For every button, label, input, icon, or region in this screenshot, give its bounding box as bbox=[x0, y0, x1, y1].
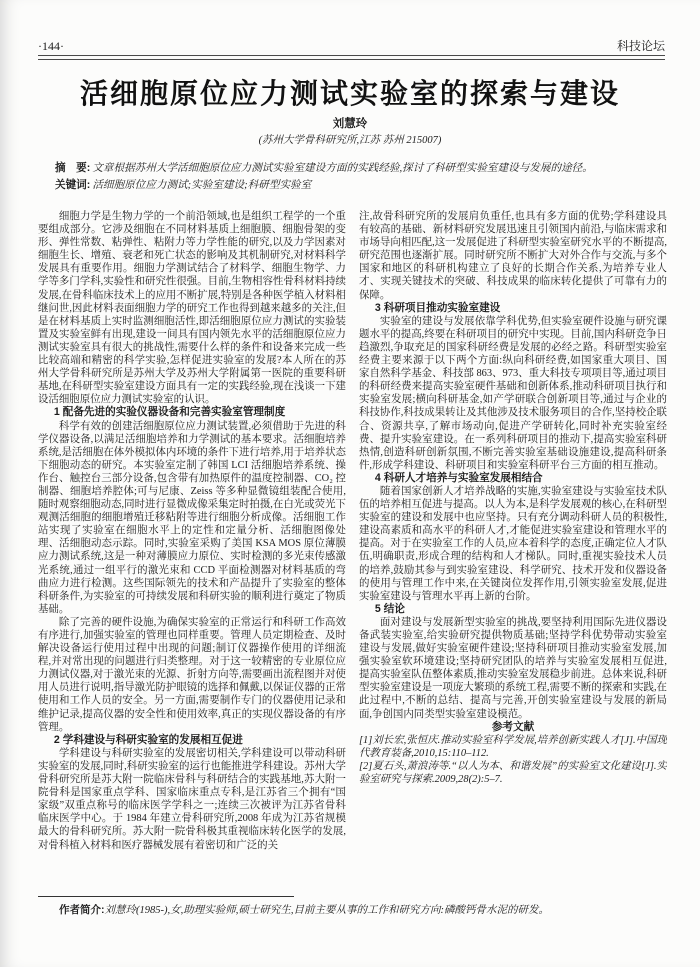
paragraph: 细胞力学是生物力学的一个前沿领域,也是组织工程学的一个重要组成部分。它涉及细胞在… bbox=[38, 210, 346, 406]
abstract-label: 摘 要: bbox=[55, 162, 90, 174]
keywords-label: 关键词: bbox=[55, 179, 90, 191]
reference-item: [2]夏石头,萧浪涛等.“以人为本、和谐发展”的实验室文化建设[J].实验室研究… bbox=[359, 760, 667, 786]
article-title: 活细胞原位应力测试实验室的探索与建设 bbox=[0, 72, 700, 112]
keywords-line: 关键词:活细胞原位应力测试;实验室建设;科研型实验室 bbox=[55, 177, 662, 194]
body-left-column: 细胞力学是生物力学的一个前沿领域,也是组织工程学的一个重要组成部分。它涉及细胞在… bbox=[38, 210, 346, 904]
footnote-rule bbox=[38, 896, 294, 897]
journal-page: ·144· 科技论坛 活细胞原位应力测试实验室的探索与建设 刘慧玲 (苏州大学骨… bbox=[0, 0, 700, 967]
author-bio-label: 作者简介: bbox=[59, 904, 105, 916]
paragraph: 科学有效的创建活细胞原位应力测试装置,必须借助于先进的科学仪器设备,以满足活细胞… bbox=[38, 420, 346, 616]
author-affiliation: (苏州大学骨科研究所,江苏 苏州 215007) bbox=[0, 132, 700, 147]
abstract-text: 文章根据苏州大学活细胞原位应力测试实验室建设方面的实践经验,探讨了科研型实验室建… bbox=[92, 163, 593, 174]
header-rule bbox=[38, 55, 665, 60]
author-bio: 作者简介:刘慧玲(1985-),女,助理实验师,硕士研究生,目前主要从事的工作和… bbox=[38, 903, 665, 918]
article-body: 细胞力学是生物力学的一个前沿领域,也是组织工程学的一个重要组成部分。它涉及细胞在… bbox=[38, 210, 667, 904]
section-label: 科技论坛 bbox=[617, 37, 665, 54]
paragraph: 学科建设与科研实验室的发展密切相关,学科建设可以带动科研实验室的发展,同时,科研… bbox=[38, 747, 346, 852]
body-right-column: 注,故骨科研究所的发展肩负重任,也具有多方面的优势;学科建设具有较高的基础、新材… bbox=[359, 210, 667, 904]
page-number: ·144· bbox=[38, 39, 64, 54]
article-meta: 摘 要:文章根据苏州大学活细胞原位应力测试实验室建设方面的实践经验,探讨了科研型… bbox=[55, 160, 662, 194]
references-heading: 参考文献 bbox=[359, 721, 667, 734]
paragraph: 面对建设与发展新型实验室的挑战,要坚持利用国际先进仪器设备武装实验室,给实验研究… bbox=[359, 616, 667, 721]
section-heading: 3 科研项目推动实验室建设 bbox=[359, 302, 667, 315]
abstract-line: 摘 要:文章根据苏州大学活细胞原位应力测试实验室建设方面的实践经验,探讨了科研型… bbox=[55, 160, 662, 177]
page-header: ·144· 科技论坛 bbox=[38, 37, 665, 54]
section-heading: 2 学科建设与科研实验室的发展相互促进 bbox=[38, 734, 346, 747]
paragraph: 随着国家创新人才培养战略的实施,实验室建设与实验室技术队伍的培养相互促进与提高。… bbox=[359, 485, 667, 603]
paragraph: 实验室的建设与发展依靠学科优势,但实验室硬件设施与研究课题水平的提高,终要在科研… bbox=[359, 315, 667, 472]
section-heading: 4 科研人才培养与实验室发展相结合 bbox=[359, 472, 667, 485]
reference-item: [1]刘长宏,张恒庆.推动实验室科学发展,培养创新实践人才[J].中国现代教育装… bbox=[359, 734, 667, 760]
paragraph: 注,故骨科研究所的发展肩负重任,也具有多方面的优势;学科建设具有较高的基础、新材… bbox=[359, 210, 667, 302]
section-heading: 5 结论 bbox=[359, 603, 667, 616]
section-heading: 1 配备先进的实验仪器设备和完善实验室管理制度 bbox=[38, 406, 346, 419]
keywords-text: 活细胞原位应力测试;实验室建设;科研型实验室 bbox=[92, 180, 311, 191]
author-bio-text: 刘慧玲(1985-),女,助理实验师,硕士研究生,目前主要从事的工作和研究方向:… bbox=[105, 905, 550, 916]
author-name: 刘慧玲 bbox=[0, 115, 700, 131]
paragraph: 除了完善的硬件设施,为确保实验室的正常运行和科研工作高效有序进行,加强实验室的管… bbox=[38, 616, 346, 734]
